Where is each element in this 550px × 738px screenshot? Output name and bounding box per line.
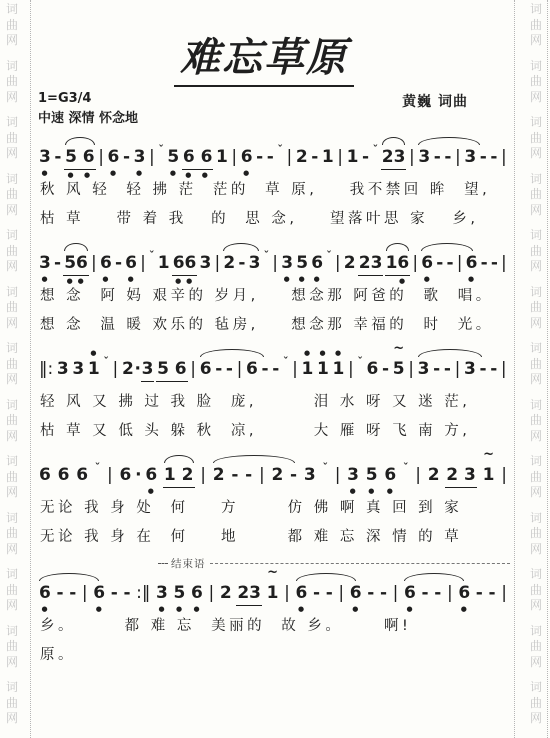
barline: | <box>112 359 120 379</box>
tie-arc <box>421 243 473 251</box>
watermark-text: 词曲网 <box>4 624 20 671</box>
note: 1● <box>301 359 315 379</box>
note: 3● <box>38 147 52 167</box>
note: - <box>489 147 498 167</box>
note: - <box>55 583 64 603</box>
note: 5~ <box>392 359 406 379</box>
tempo-marking: 中速 深情 怀念地 <box>38 109 138 129</box>
tie-arc <box>39 573 99 581</box>
barline: | <box>500 465 508 485</box>
note: - <box>122 147 131 167</box>
note: 6 <box>38 465 52 485</box>
barline: | <box>446 583 454 603</box>
breath-mark: ˇ <box>102 355 110 368</box>
note: 2 <box>295 147 309 167</box>
system-3: ‖:331●ˇ|2·35 6|6--|6--ˇ|1●1●1●|ˇ6-5~|3--… <box>38 345 510 446</box>
tie-arc <box>223 243 259 251</box>
note: 3● <box>155 583 169 603</box>
trill-mark: ~ <box>483 450 494 460</box>
watermark-text: 词曲网 <box>4 511 20 558</box>
barline: | <box>283 583 291 603</box>
note: - <box>266 147 275 167</box>
watermark-text: 词曲网 <box>4 59 20 106</box>
note: 2 <box>212 465 226 485</box>
tie-arc <box>418 137 480 145</box>
barline: | <box>337 583 345 603</box>
score-content: 难忘草原 1=G3/4 中速 深情 怀念地 黄巍 词曲 3●-5 6●●|6●-… <box>38 0 510 675</box>
system-5: 6●--|6●--:‖3●5●6●|2231~|6●--|6●--|6●--|6… <box>38 569 510 670</box>
note: 1 <box>157 253 171 273</box>
note: 5● <box>295 253 309 273</box>
barline: | <box>90 253 98 273</box>
note: - <box>432 359 441 379</box>
note: - <box>488 583 497 603</box>
note: 6● <box>107 147 121 167</box>
note: 6● <box>124 253 138 273</box>
breath-mark: ˇ <box>94 461 102 474</box>
lyrics-line-3a: 轻 风 又 拂 过 我 脸 庞, 泪 水 呀 又 迷 茫, <box>38 388 510 417</box>
note: - <box>478 359 487 379</box>
barline: | <box>500 359 508 379</box>
barline: | <box>454 359 462 379</box>
note: 6● <box>144 465 158 485</box>
system-2: 3●-56●●|6●-6●|ˇ166●●3|2-3ˇ|3●5●6●ˇ|22316… <box>38 239 510 340</box>
note: 3 <box>463 359 477 379</box>
barline: | <box>500 583 508 603</box>
notation-line-5: 6●--|6●--:‖3●5●6●|2231~|6●--|6●--|6●--|6… <box>38 569 510 612</box>
note: - <box>110 583 119 603</box>
note: 5 6 <box>156 359 188 382</box>
right-dotted-border <box>514 0 515 738</box>
watermark-text: 词曲网 <box>528 2 544 49</box>
slur-arc <box>386 243 410 251</box>
system-1: 3●-5 6●●|6●-3●|ˇ5●6 6●●1|6●--ˇ|2-1|1-ˇ23… <box>38 133 510 234</box>
note: 6 <box>119 465 133 485</box>
barline: | <box>347 359 355 379</box>
note: 6● <box>383 465 397 485</box>
note: 3 <box>303 465 317 485</box>
note: 2 <box>343 253 357 273</box>
slur-arc <box>65 137 95 145</box>
watermark-text: 词曲网 <box>528 624 544 671</box>
barline: | <box>148 147 156 167</box>
note: - <box>433 147 442 167</box>
note: 1 <box>215 147 229 167</box>
note: 6● <box>403 583 417 603</box>
note: - <box>214 359 223 379</box>
watermark-text: 词曲网 <box>4 341 20 388</box>
barline: | <box>189 359 197 379</box>
tie-arc <box>200 349 264 357</box>
note: - <box>68 583 77 603</box>
watermark-text: 词曲网 <box>528 285 544 332</box>
note: 2 <box>222 253 236 273</box>
note: - <box>237 253 246 273</box>
slur-arc <box>382 137 406 145</box>
watermark-text: 词曲网 <box>528 115 544 162</box>
note: 3 <box>417 359 431 379</box>
note: 3 <box>141 359 155 382</box>
watermark-text: 词曲网 <box>528 567 544 614</box>
note: - <box>244 465 253 485</box>
note: - <box>366 583 375 603</box>
note: 1 <box>321 147 335 167</box>
barline: | <box>407 359 415 379</box>
note: - <box>433 583 442 603</box>
note: - <box>312 583 321 603</box>
note: - <box>289 465 298 485</box>
slur-arc <box>164 455 194 463</box>
note: 1● <box>316 359 330 379</box>
breath-mark: ˇ <box>276 143 284 156</box>
note: - <box>53 147 62 167</box>
note: 6● <box>457 583 471 603</box>
breath-mark: ˇ <box>325 249 333 262</box>
watermark-text: 词曲网 <box>4 172 20 219</box>
breath-mark: ˇ <box>282 355 290 368</box>
notation-line-1: 3●-5 6●●|6●-3●|ˇ5●6 6●●1|6●--ˇ|2-1|1-ˇ23… <box>38 133 510 176</box>
note: - <box>114 253 123 273</box>
note: - <box>255 147 264 167</box>
lyrics-line-1a: 秋 风 轻 轻 拂 茫 茫的 草 原, 我不禁回 眸 望, <box>38 176 510 205</box>
note: 6 6●● <box>182 147 214 170</box>
note: - <box>381 359 390 379</box>
note: 3 <box>417 147 431 167</box>
right-watermark-column: 词曲网词曲网词曲网词曲网词曲网词曲网词曲网词曲网词曲网词曲网词曲网词曲网词曲网 <box>528 2 544 737</box>
note: 5● <box>166 147 180 167</box>
barline: | <box>258 465 266 485</box>
barline: | <box>414 465 422 485</box>
tie-arc <box>296 573 356 581</box>
watermark-text: 词曲网 <box>528 228 544 275</box>
tie-arc <box>404 573 464 581</box>
note: 1 2 <box>163 465 195 488</box>
lyrics-line-3b: 枯 草 又 低 头 躲 秋 凉, 大 雁 呀 飞 南 方, <box>38 417 510 446</box>
note: 3 <box>71 359 85 379</box>
note: 66●● <box>172 253 198 276</box>
note: - <box>325 583 334 603</box>
note: 6 <box>75 465 89 485</box>
left-dotted-border <box>30 0 31 738</box>
watermark-text: 词曲网 <box>528 454 544 501</box>
note: - <box>225 359 234 379</box>
barline: | <box>336 147 344 167</box>
slur-arc <box>64 243 88 251</box>
barline: | <box>199 465 207 485</box>
note: · <box>134 465 142 485</box>
note: 23 <box>381 147 407 170</box>
watermark-text: 词曲网 <box>528 59 544 106</box>
note: - <box>361 147 370 167</box>
note: - <box>310 147 319 167</box>
lyrics-line-5b: 原。 <box>38 641 510 670</box>
system-4: 666ˇ|6·6●1 2|2--|2-3ˇ|3●5●6●ˇ|22 31~| 无论… <box>38 451 510 552</box>
note: - <box>489 359 498 379</box>
note: 2 <box>219 583 233 603</box>
breath-mark: ˇ <box>402 461 410 474</box>
note: 16● <box>385 253 411 276</box>
breath-mark: ˇ <box>148 249 156 262</box>
note: - <box>53 253 62 273</box>
barline: | <box>334 465 342 485</box>
barline: | <box>214 253 222 273</box>
lyrics-line-2b: 想 念 温 暖 欢乐的 毡房, 想念那 幸福的 时 光。 <box>38 311 510 340</box>
note: 6● <box>92 583 106 603</box>
note: - <box>475 583 484 603</box>
note: 3● <box>280 253 294 273</box>
note: 23 <box>358 253 384 276</box>
note: 3● <box>133 147 147 167</box>
note: 6 <box>57 465 71 485</box>
note: 3● <box>38 253 52 273</box>
watermark-text: 词曲网 <box>528 172 544 219</box>
left-watermark-column: 词曲网词曲网词曲网词曲网词曲网词曲网词曲网词曲网词曲网词曲网词曲网词曲网词曲网 <box>4 2 20 737</box>
breath-mark: ˇ <box>321 461 329 474</box>
watermark-text: 词曲网 <box>4 228 20 275</box>
watermark-text: 词曲网 <box>4 680 20 727</box>
barline: | <box>392 583 400 603</box>
note: 3 <box>248 253 262 273</box>
watermark-text: 词曲网 <box>4 398 20 445</box>
note: 6● <box>38 583 52 603</box>
note: 2 3 <box>445 465 477 488</box>
notation-line-3: ‖:331●ˇ|2·35 6|6--|6--ˇ|1●1●1●|ˇ6-5~|3--… <box>38 345 510 388</box>
watermark-text: 词曲网 <box>4 454 20 501</box>
barline: :‖ <box>135 583 151 603</box>
coda-dash-right <box>210 563 511 564</box>
barline: | <box>454 147 462 167</box>
note: 1 <box>346 147 360 167</box>
barline: | <box>271 253 279 273</box>
note: - <box>479 147 488 167</box>
note: - <box>480 253 489 273</box>
note: 1~ <box>266 583 280 603</box>
barline: | <box>106 465 114 485</box>
barline: | <box>139 253 147 273</box>
breath-mark: ˇ <box>263 249 271 262</box>
tie-arc <box>213 455 295 463</box>
trill-mark: ~ <box>393 344 404 354</box>
watermark-text: 词曲网 <box>528 341 544 388</box>
barline: | <box>456 253 464 273</box>
barline: ‖: <box>38 359 54 379</box>
note: 1~ <box>482 465 496 485</box>
note: 2 <box>427 465 441 485</box>
note: 3 <box>463 147 477 167</box>
sheet-music-page: 词曲网词曲网词曲网词曲网词曲网词曲网词曲网词曲网词曲网词曲网词曲网词曲网词曲网 … <box>0 0 550 738</box>
watermark-text: 词曲网 <box>528 511 544 558</box>
note: 6● <box>99 253 113 273</box>
breath-mark: ˇ <box>356 355 364 368</box>
note: 3 <box>56 359 70 379</box>
note: 6 <box>245 359 259 379</box>
watermark-text: 词曲网 <box>4 567 20 614</box>
note: 6● <box>465 253 479 273</box>
song-title: 难忘草原 <box>174 26 354 87</box>
note: - <box>379 583 388 603</box>
breath-mark: ˇ <box>372 143 380 156</box>
watermark-text: 词曲网 <box>528 680 544 727</box>
note: 6● <box>190 583 204 603</box>
barline: | <box>286 147 294 167</box>
note: 6● <box>240 147 254 167</box>
tie-arc <box>418 349 482 357</box>
barline: | <box>230 147 238 167</box>
key-tempo-block: 1=G3/4 中速 深情 怀念地 <box>38 89 138 129</box>
note: 5● <box>173 583 187 603</box>
note: 2 <box>270 465 284 485</box>
note: - <box>446 253 455 273</box>
barline: | <box>81 583 89 603</box>
note: 56●● <box>63 253 89 276</box>
note: - <box>443 147 452 167</box>
watermark-text: 词曲网 <box>4 285 20 332</box>
note: 23 <box>236 583 262 606</box>
barline: | <box>408 147 416 167</box>
lyrics-line-1b: 枯 草 带 着 我 的 思 念, 望落叶思 家 乡, <box>38 205 510 234</box>
barline: | <box>291 359 299 379</box>
note: - <box>271 359 280 379</box>
note: - <box>490 253 499 273</box>
note: 6● <box>310 253 324 273</box>
note: - <box>435 253 444 273</box>
coda-section-label: 结束语 <box>158 557 510 569</box>
barline: | <box>97 147 105 167</box>
note: 6 <box>366 359 380 379</box>
note: 3 <box>199 253 213 273</box>
watermark-text: 词曲网 <box>4 2 20 49</box>
note: 1● <box>87 359 101 379</box>
note: 5 6●● <box>64 147 96 170</box>
note: 6● <box>420 253 434 273</box>
note: 6● <box>349 583 363 603</box>
note: - <box>122 583 131 603</box>
barline: | <box>236 359 244 379</box>
barline: | <box>500 253 508 273</box>
notation-line-2: 3●-56●●|6●-6●|ˇ166●●3|2-3ˇ|3●5●6●ˇ|22316… <box>38 239 510 282</box>
note: 5● <box>365 465 379 485</box>
note: - <box>261 359 270 379</box>
watermark-text: 词曲网 <box>528 398 544 445</box>
notation-line-4: 666ˇ|6·6●1 2|2--|2-3ˇ|3●5●6●ˇ|22 31~| <box>38 451 510 494</box>
note: 3● <box>346 465 360 485</box>
coda-label-text: 结束语 <box>171 556 206 571</box>
lyrics-line-5a: 乡。 都 难 忘 美丽的 故 乡。 啊! <box>38 612 510 641</box>
barline: | <box>334 253 342 273</box>
coda-dash-left <box>158 563 168 564</box>
note: - <box>421 583 430 603</box>
note: 1● <box>332 359 346 379</box>
lyrics-line-4b: 无论 我 身 在 何 地 都 难 忘 深 情 的 草 <box>38 523 510 552</box>
composer-credit: 黄巍 词曲 <box>402 91 468 111</box>
note: 6 <box>199 359 213 379</box>
lyrics-line-2a: 想 念 阿 妈 艰辛的 岁月, 想念那 阿爸的 歌 唱。 <box>38 282 510 311</box>
barline: | <box>500 147 508 167</box>
trill-mark: ~ <box>267 568 278 578</box>
watermark-text: 词曲网 <box>4 115 20 162</box>
breath-mark: ˇ <box>157 143 165 156</box>
barline: | <box>207 583 215 603</box>
lyrics-line-4a: 无论 我 身 处 何 方 仿 佛 啊 真 回 到 家 <box>38 494 510 523</box>
key-signature: 1=G3/4 <box>38 89 138 109</box>
note: 6● <box>295 583 309 603</box>
right-edge-dotted-border <box>547 0 548 738</box>
note: - <box>230 465 239 485</box>
note: - <box>443 359 452 379</box>
barline: | <box>411 253 419 273</box>
